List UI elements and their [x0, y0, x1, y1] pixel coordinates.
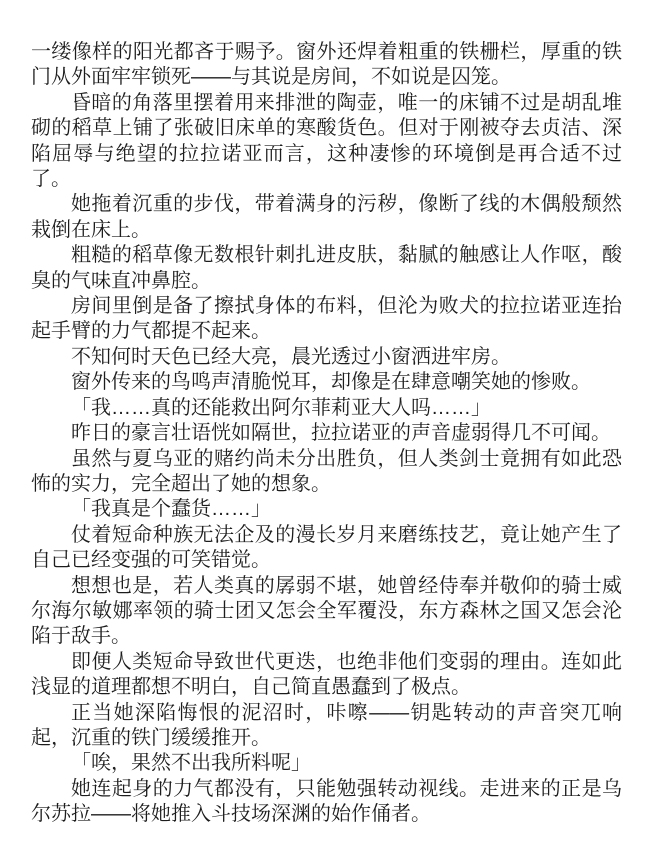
- narration-paragraph: 房间里倒是备了擦拭身体的布料，但沦为败犬的拉拉诺亚连抬起手臂的力气都提不起来。: [31, 294, 622, 345]
- dialogue-line: 「我真是个蠢货……」: [31, 497, 622, 522]
- narration-paragraph: 粗糙的稻草像无数根针刺扎进皮肤，黏腻的触感让人作呕，酸臭的气味直冲鼻腔。: [31, 243, 622, 294]
- novel-reader-page: 一缕像样的阳光都吝于赐予。窗外还焊着粗重的铁栅栏，厚重的铁门从外面牢牢锁死——与…: [0, 0, 650, 850]
- narration-paragraph: 即便人类短命导致世代更迭，也绝非他们变弱的理由。连如此浅显的道理都想不明白，自己…: [31, 650, 622, 701]
- narration-paragraph: 想想也是，若人类真的孱弱不堪，她曾经侍奉并敬仰的骑士威尔海尔敏娜率领的骑士团又怎…: [31, 574, 622, 650]
- narration-paragraph: 虽然与夏乌亚的赌约尚未分出胜负，但人类剑士竟拥有如此恐怖的实力，完全超出了她的想…: [31, 447, 622, 498]
- narration-paragraph: 一缕像样的阳光都吝于赐予。窗外还焊着粗重的铁栅栏，厚重的铁门从外面牢牢锁死——与…: [31, 40, 622, 91]
- narration-paragraph: 昨日的豪言壮语恍如隔世，拉拉诺亚的声音虚弱得几不可闻。: [31, 421, 622, 446]
- narration-paragraph: 不知何时天色已经大亮，晨光透过小窗洒进牢房。: [31, 345, 622, 370]
- narration-paragraph: 她拖着沉重的步伐，带着满身的污秽，像断了线的木偶般颓然栽倒在床上。: [31, 192, 622, 243]
- narration-paragraph: 仗着短命种族无法企及的漫长岁月来磨练技艺，竟让她产生了自己已经变强的可笑错觉。: [31, 523, 622, 574]
- dialogue-line: 「我……真的还能救出阿尔菲莉亚大人吗……」: [31, 396, 622, 421]
- narration-paragraph: 她连起身的力气都没有，只能勉强转动视线。走进来的正是乌尔苏拉——将她推入斗技场深…: [31, 777, 622, 828]
- narration-paragraph: 昏暗的角落里摆着用来排泄的陶壶，唯一的床铺不过是胡乱堆砌的稻草上铺了张破旧床单的…: [31, 91, 622, 193]
- dialogue-line: 「唉，果然不出我所料呢」: [31, 751, 622, 776]
- narration-paragraph: 窗外传来的鸟鸣声清脆悦耳，却像是在肆意嘲笑她的惨败。: [31, 370, 622, 395]
- narration-paragraph: 正当她深陷悔恨的泥沼时，咔嚓——钥匙转动的声音突兀响起，沉重的铁门缓缓推开。: [31, 701, 622, 752]
